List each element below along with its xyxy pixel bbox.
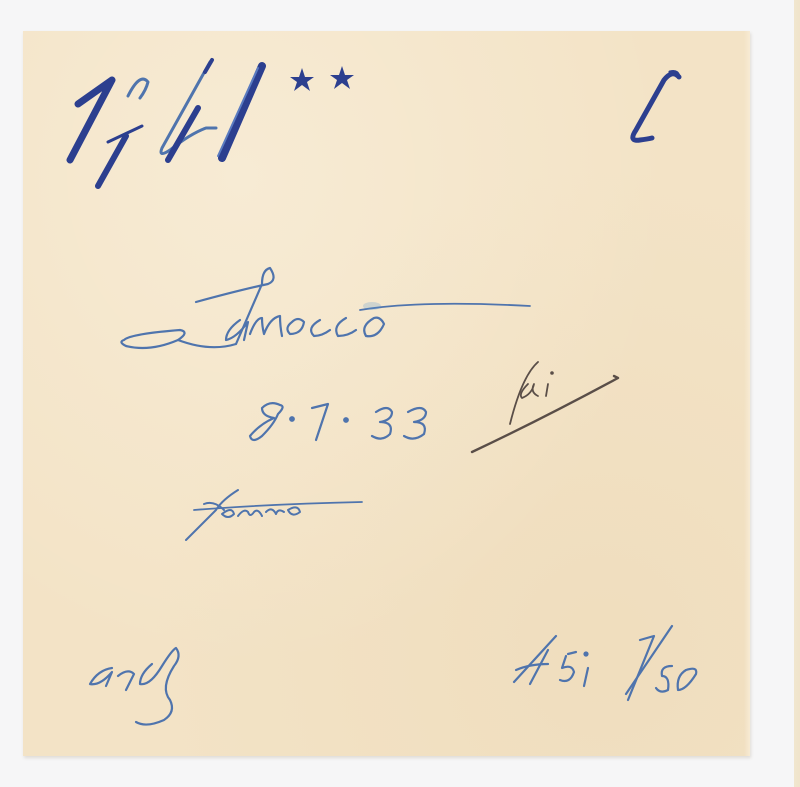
bottom-left-note xyxy=(90,648,179,725)
exposure-note xyxy=(514,626,696,700)
name-signature xyxy=(121,268,530,348)
star-marks-icon xyxy=(290,66,354,91)
pencil-approval-note xyxy=(472,362,618,452)
struck-word xyxy=(186,490,362,540)
document-photo: 1741 ** C Sarroccò 8·1·33 sì forno ord 4… xyxy=(0,0,800,787)
handwriting-layer xyxy=(0,0,800,787)
date-note xyxy=(250,403,426,440)
catalog-number xyxy=(70,60,262,186)
category-letter xyxy=(633,72,682,141)
